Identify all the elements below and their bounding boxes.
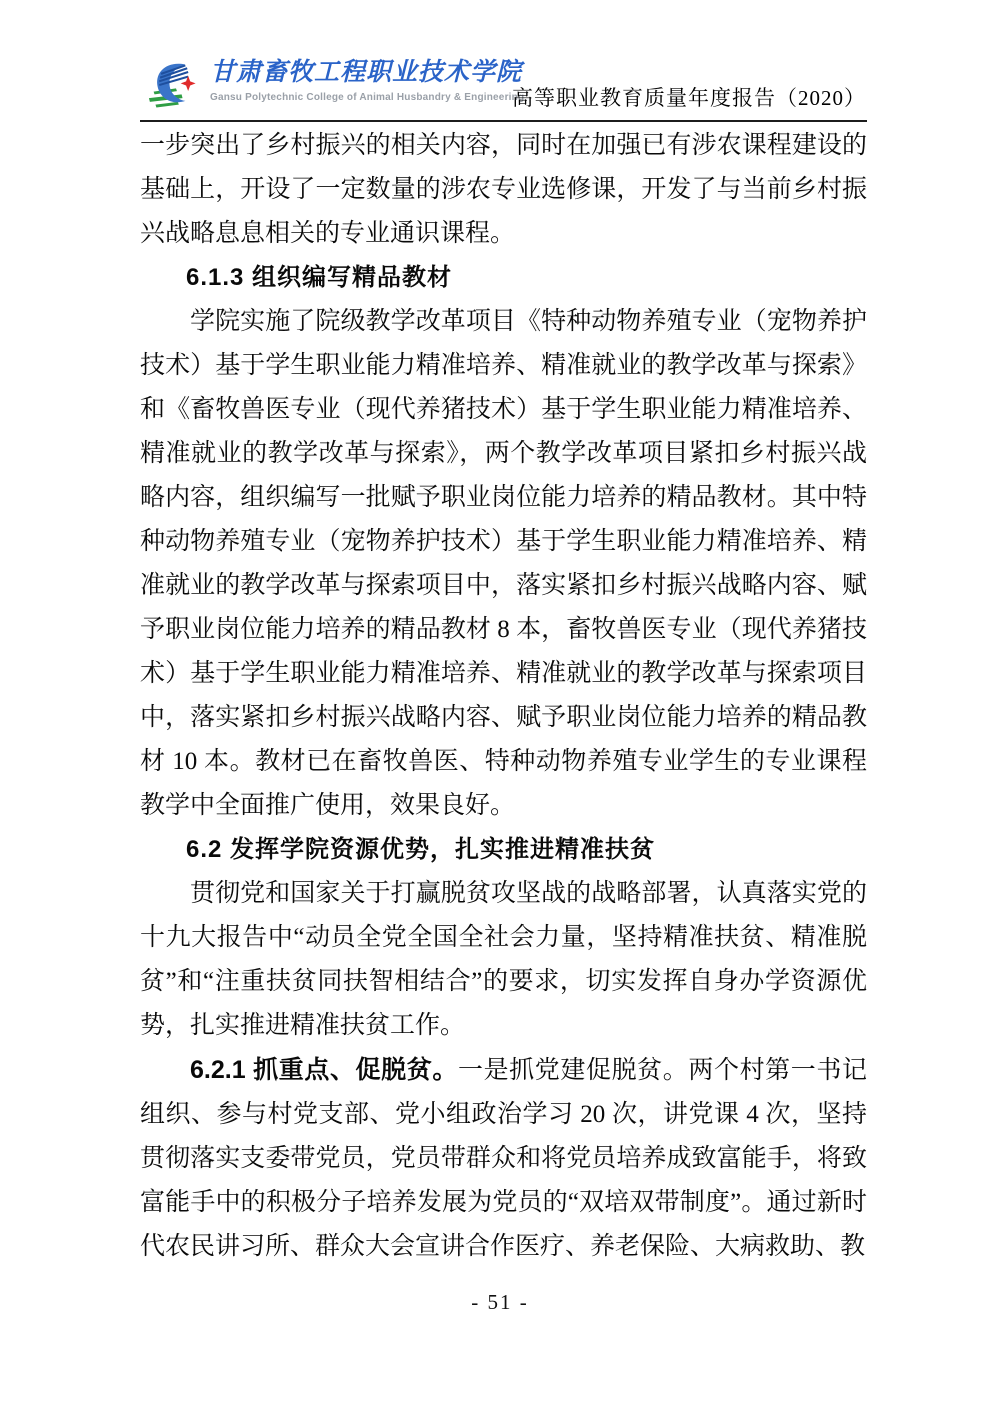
paragraph-continuation: 一步突出了乡村振兴的相关内容，同时在加强已有涉农课程建设的基础上，开设了一定数量… <box>140 124 867 256</box>
paragraph-textbooks: 学院实施了院级教学改革项目《特种动物养殖专业（宠物养护技术）基于学生职业能力精准… <box>140 300 867 828</box>
paragraph-6-2-1-body: 一是抓党建促脱贫。两个村第一书记组织、参与村党支部、党小组政治学习 20 次，讲… <box>140 1057 867 1260</box>
paragraph-6-2-1-lead: 6.2.1 抓重点、促脱贫。 <box>190 1056 458 1084</box>
college-logo: 甘肃畜牧工程职业技术学院 Gansu Polytechnic College o… <box>148 54 524 116</box>
heading-6-1-3: 6.1.3 组织编写精品教材 <box>140 256 867 300</box>
college-name-zh: 甘肃畜牧工程职业技术学院 <box>210 58 524 88</box>
heading-6-2: 6.2 发挥学院资源优势，扎实推进精准扶贫 <box>140 828 867 872</box>
paragraph-6-2-1: 6.2.1 抓重点、促脱贫。一是抓党建促脱贫。两个村第一书记组织、参与村党支部、… <box>140 1048 867 1269</box>
college-name-en: Gansu Polytechnic College of Animal Husb… <box>210 91 524 105</box>
page-number: - 51 - <box>0 1290 1000 1315</box>
college-logo-text: 甘肃畜牧工程职业技术学院 Gansu Polytechnic College o… <box>210 54 524 105</box>
paragraph-poverty-alleviation: 贯彻党和国家关于打赢脱贫攻坚战的战略部署，认真落实党的十九大报告中“动员全党全国… <box>140 872 867 1048</box>
header-divider <box>140 120 867 122</box>
document-body: 一步突出了乡村振兴的相关内容，同时在加强已有涉农课程建设的基础上，开设了一定数量… <box>140 124 867 1269</box>
college-logo-mark-icon <box>148 56 204 116</box>
report-title: 高等职业教育质量年度报告（2020） <box>512 82 866 112</box>
document-page: 甘肃畜牧工程职业技术学院 Gansu Polytechnic College o… <box>0 0 1000 1414</box>
page-header: 甘肃畜牧工程职业技术学院 Gansu Polytechnic College o… <box>140 52 866 120</box>
